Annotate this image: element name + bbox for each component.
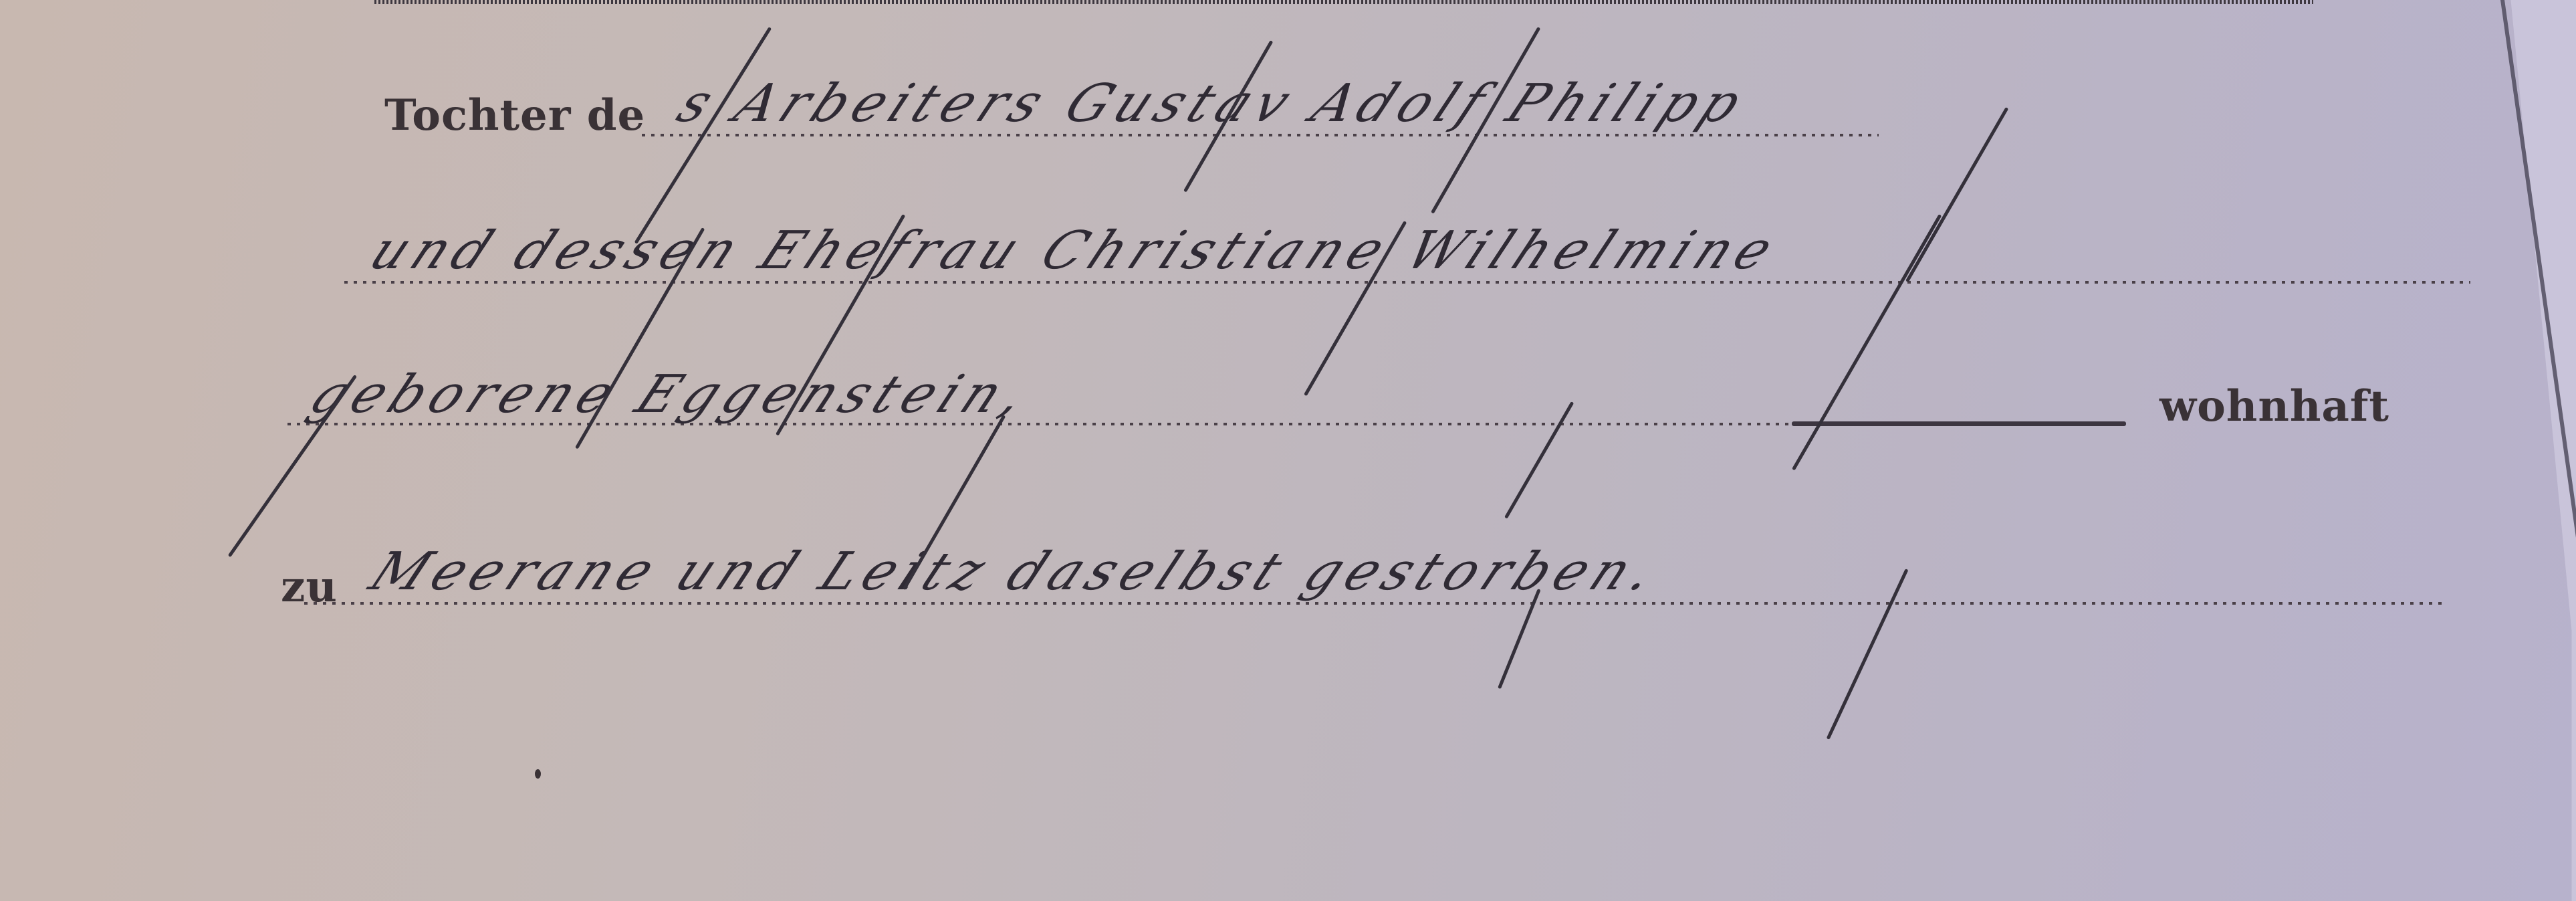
handwritten-line-4: Meerane und Leitz daselbst gestorben. — [360, 542, 1671, 602]
descender-stroke — [1827, 569, 1909, 740]
handwritten-line-3: geborene Eggenstein, — [300, 365, 1042, 425]
descender-stroke — [1792, 214, 1942, 471]
descender-stroke — [1905, 107, 2008, 282]
top-dotted-rule — [374, 0, 2313, 4]
descender-stroke — [1504, 401, 1574, 519]
dotted-line-4 — [304, 602, 2444, 605]
blank-rule — [1792, 421, 2126, 426]
printed-label-tochter: Tochter de — [384, 90, 645, 140]
ink-speck — [535, 769, 541, 779]
page-right-edge — [2489, 0, 2576, 901]
descender-stroke — [228, 375, 357, 557]
handwritten-line-2: und dessen Ehefrau Christiane Wilhelmine — [360, 221, 1789, 281]
dotted-line-1 — [642, 134, 1879, 136]
handwritten-line-1: s Arbeiters Gustav Adolf Philipp — [668, 74, 1758, 134]
document-page: Tochter de s Arbeiters Gustav Adolf Phil… — [0, 0, 2576, 901]
dotted-line-2 — [344, 281, 2470, 284]
printed-label-wohnhaft: wohnhaft — [2159, 381, 2389, 431]
